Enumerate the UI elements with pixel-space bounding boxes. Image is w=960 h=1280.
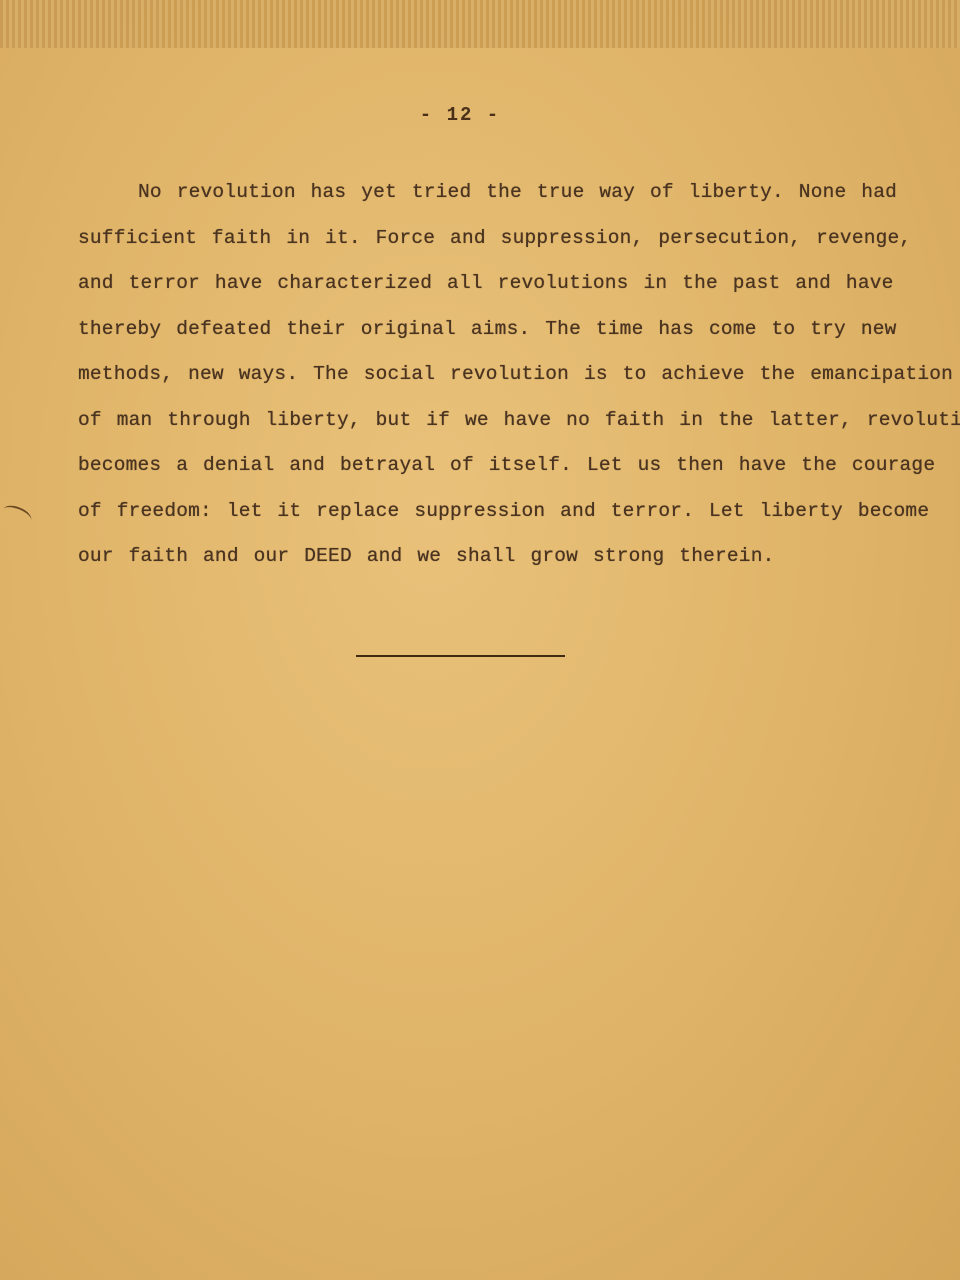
text-line: our faith and our DEED and we shall grow… (78, 534, 908, 580)
scanner-edge-band (0, 0, 960, 48)
body-paragraph: No revolution has yet tried the true way… (78, 170, 908, 580)
text-line: sufficient faith in it. Force and suppre… (78, 216, 908, 262)
text-line: methods, new ways. The social revolution… (78, 352, 908, 398)
text-line: becomes a denial and betrayal of itself.… (78, 443, 908, 489)
end-rule-divider (356, 655, 565, 657)
text-line: of freedom: let it replace suppression a… (78, 489, 908, 535)
text-line: of man through liberty, but if we have n… (78, 398, 908, 444)
text-line: thereby defeated their original aims. Th… (78, 307, 908, 353)
text-line: No revolution has yet tried the true way… (78, 170, 908, 216)
margin-pen-mark (0, 502, 34, 528)
text-line: and terror have characterized all revolu… (78, 261, 908, 307)
page-number: - 12 - (0, 104, 920, 126)
